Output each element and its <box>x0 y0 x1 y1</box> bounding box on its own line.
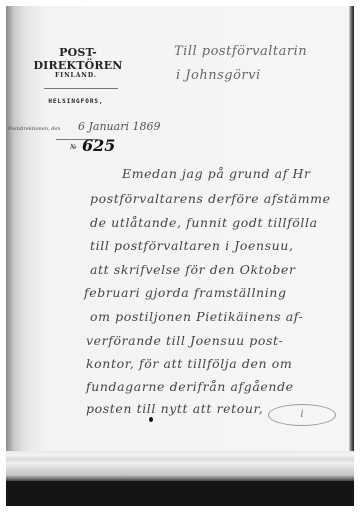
addressee-line-1: Till postförvaltarin <box>174 44 307 59</box>
body-line: postförvaltarens derföre afstämme <box>90 191 331 206</box>
handwritten-date: 6 Januari 1869 <box>78 120 160 133</box>
letterhead-title: POST-DIREKTÖREN <box>18 46 138 72</box>
ink-blot <box>149 417 153 422</box>
body-line: de utlåtande, funnit godt tillfölla <box>90 215 318 230</box>
letterhead-place-line: Postdirektionen, den <box>8 126 61 132</box>
scanned-document: POST-DIREKTÖREN FINLAND. HELSINGFORS, Po… <box>6 6 354 506</box>
body-line: om postiljonen Pietikäinens af- <box>90 309 303 324</box>
body-line: kontor, för att tillfölja den om <box>86 356 292 371</box>
letter-page: POST-DIREKTÖREN FINLAND. HELSINGFORS, Po… <box>6 6 354 456</box>
letterhead-city: HELSINGFORS, <box>26 98 126 105</box>
letter-number: 625 <box>82 136 115 155</box>
addressee-line-2: i Johnsgörvi <box>176 68 261 83</box>
body-line: fundagarne derifrån afgående <box>86 379 294 394</box>
page-stack-edges <box>6 451 354 481</box>
body-line: februari gjorda framställning <box>84 285 287 300</box>
body-line: att skrifvelse för den Oktober <box>90 262 296 277</box>
body-line: verförande till Joensuu post- <box>86 333 284 348</box>
number-label: № <box>70 143 77 151</box>
letterhead-country: FINLAND. <box>36 72 116 79</box>
body-line: Emedan jag på grund af Hr <box>122 166 311 181</box>
body-line: posten till nytt att retour, <box>86 401 263 416</box>
scan-background <box>6 481 354 506</box>
letterhead-divider <box>44 88 118 89</box>
page-edge <box>349 6 354 456</box>
page-mark: i <box>268 404 336 426</box>
body-line: till postförvaltaren i Joensuu, <box>90 238 294 253</box>
